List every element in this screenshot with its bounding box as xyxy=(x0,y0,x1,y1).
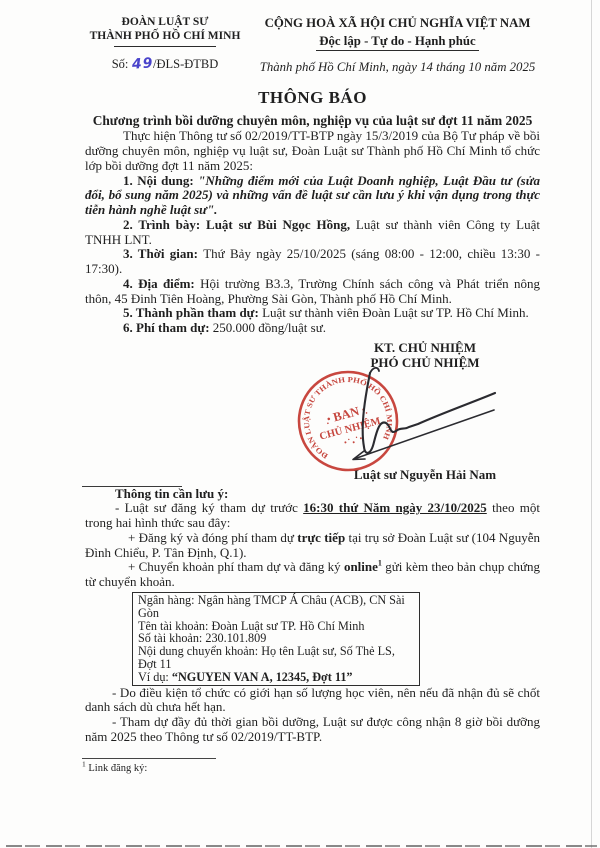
stamp-signature-area: ĐOÀN LUẬT SƯ THÀNH PHỐ HỒ CHÍ MINH BAN C… xyxy=(85,371,540,467)
bank-name-line: Ngân hàng: Ngân hàng TMCP Á Châu (ACB), … xyxy=(138,594,414,620)
section-content: Luật sư thành viên Đoàn Luật sư TP. Hồ C… xyxy=(262,305,529,320)
scanned-document-page: ĐOÀN LUẬT SƯ THÀNH PHỐ HỒ CHÍ MINH Số: 4… xyxy=(0,0,600,848)
document-title: THÔNG BÁO xyxy=(85,88,540,108)
section-dia-diem: 4. Địa điểm: Hội trường B3.3, Trường Chí… xyxy=(85,277,540,307)
ref-number-handwritten: 49 xyxy=(131,55,154,73)
section-label: 5. Thành phần tham dự: xyxy=(123,305,262,320)
document-header: ĐOÀN LUẬT SƯ THÀNH PHỐ HỒ CHÍ MINH Số: 4… xyxy=(85,16,540,75)
document-subtitle: Chương trình bồi dưỡng chuyên môn, nghiệ… xyxy=(85,113,540,129)
footnote-separator-line xyxy=(82,758,216,759)
note-registration-deadline: - Luật sư đăng ký tham dự trước 16:30 th… xyxy=(85,501,540,531)
example-label: Ví dụ: xyxy=(138,670,172,684)
section-thoi-gian: 3. Thời gian: Thứ Bảy ngày 25/10/2025 (s… xyxy=(85,247,540,277)
date-place-line: Thành phố Hồ Chí Minh, ngày 14 tháng 10 … xyxy=(255,60,540,75)
intro-paragraph: Thực hiện Thông tư số 02/2019/TT-BTP ngà… xyxy=(85,129,540,173)
note-text: + Chuyển khoản phí tham dự và đăng ký xyxy=(128,559,344,574)
footnote-marker: 1 xyxy=(82,759,86,768)
notes-heading-text: Thông tin cần lưu ý: xyxy=(115,486,228,501)
online-emphasis: online xyxy=(344,559,378,574)
section-label: 4. Địa điểm: xyxy=(123,276,200,291)
ref-suffix: /ĐLS-ĐTBD xyxy=(153,57,218,71)
section-label: 1. Nội dung: xyxy=(123,173,198,188)
section-label: 2. Trình bày: xyxy=(123,217,206,232)
bank-transfer-info-box: Ngân hàng: Ngân hàng TMCP Á Châu (ACB), … xyxy=(132,592,420,686)
org-underline xyxy=(114,46,216,47)
section-label: 6. Phí tham dự: xyxy=(123,320,213,335)
document-number-line: Số: 49/ĐLS-ĐTBD xyxy=(85,56,245,73)
issuing-org-block: ĐOÀN LUẬT SƯ THÀNH PHỐ HỒ CHÍ MINH Số: 4… xyxy=(85,16,245,72)
handwritten-signature xyxy=(328,363,508,471)
note-register-in-person: + Đăng ký và đóng phí tham dự trực tiếp … xyxy=(85,531,540,561)
signer-title-line1: KT. CHỦ NHIỆM xyxy=(340,341,510,356)
note-text: + Đăng ký và đóng phí tham dự xyxy=(128,530,297,545)
national-title: CỘNG HOÀ XÃ HỘI CHỦ NGHĨA VIỆT NAM xyxy=(255,16,540,31)
footnote: 1 Link đăng ký: xyxy=(82,763,540,774)
org-name-line1: ĐOÀN LUẬT SƯ xyxy=(85,16,245,30)
section-phi-tham-du: 6. Phí tham dự: 250.000 đồng/luật sư. xyxy=(85,321,540,336)
note-register-online: + Chuyển khoản phí tham dự và đăng ký on… xyxy=(85,560,540,590)
section-content: 250.000 đồng/luật sư. xyxy=(213,320,326,335)
section-label: 3. Thời gian: xyxy=(123,246,203,261)
note-limited-seats: - Do điều kiện tổ chức có giới hạn số lư… xyxy=(85,686,540,716)
scan-edge-right xyxy=(591,0,592,848)
section-thanh-phan: 5. Thành phần tham dự: Luật sư thành viê… xyxy=(85,306,540,321)
national-motto: Độc lập - Tự do - Hạnh phúc xyxy=(316,34,478,51)
section-noi-dung: 1. Nội dung: "Những điểm mới của Luật Do… xyxy=(85,174,540,218)
scan-edge-bottom xyxy=(6,845,597,848)
transfer-example-line: Ví dụ: “NGUYEN VAN A, 12345, Đợt 11” xyxy=(138,671,414,684)
national-motto-block: CỘNG HOÀ XÃ HỘI CHỦ NGHĨA VIỆT NAM Độc l… xyxy=(255,16,540,75)
footnote-text: Link đăng ký: xyxy=(88,763,147,774)
national-motto-wrap: Độc lập - Tự do - Hạnh phúc xyxy=(255,32,540,51)
note-credit-hours: - Tham dự đầy đủ thời gian bồi dưỡng, Lu… xyxy=(85,715,540,745)
document-content: ĐOÀN LUẬT SƯ THÀNH PHỐ HỒ CHÍ MINH Số: 4… xyxy=(0,0,600,774)
section-trinh-bay: 2. Trình bày: Luật sư Bùi Ngọc Hồng, Luậ… xyxy=(85,218,540,248)
notes-heading: Thông tin cần lưu ý: xyxy=(85,487,540,502)
example-value: “NGUYEN VAN A, 12345, Đợt 11” xyxy=(172,670,353,684)
in-person-emphasis: trực tiếp xyxy=(297,530,345,545)
speaker-name: Luật sư Bùi Ngọc Hồng, xyxy=(206,217,350,232)
deadline-emphasis: 16:30 thứ Năm ngày 23/10/2025 xyxy=(303,500,487,515)
org-name-line2: THÀNH PHỐ HỒ CHÍ MINH xyxy=(85,30,245,44)
note-text: - Luật sư đăng ký tham dự trước xyxy=(115,500,303,515)
transfer-content-line: Nội dung chuyển khoản: Họ tên Luật sư, S… xyxy=(138,645,414,671)
ref-label: Số: xyxy=(112,57,129,71)
